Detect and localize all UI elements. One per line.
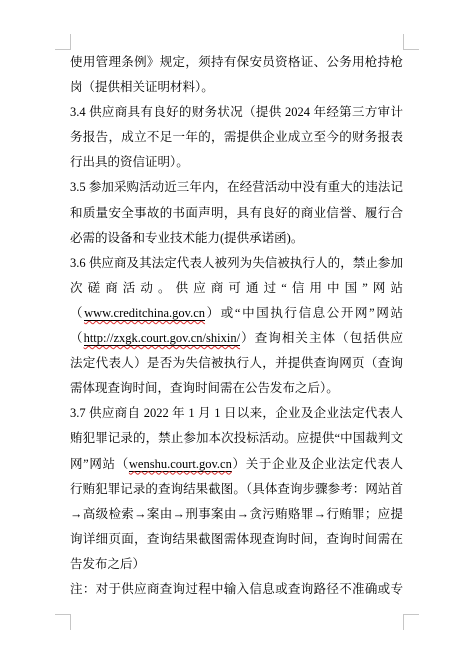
text-boundary-mark-bottom-left	[55, 614, 71, 630]
doc-line: 3.5 参加采购活动近三年内，在经营活动中没有重大的违法记录	[70, 175, 403, 200]
line-text: ）或“中国执行信息公开网”网站	[205, 306, 403, 320]
document-body: 使用管理条例》规定，须持有保安员资格证、公务用枪持枪证上 岗（提供相关证明材料）…	[70, 50, 403, 602]
doc-line: 询详细页面，查询结果截图需体现查询时间，查询时间需在本公	[70, 527, 403, 552]
doc-line: 行贿犯罪记录的查询结果截图。（具体查询步骤参考：网站首页	[70, 477, 403, 502]
doc-line: （www.creditchina.gov.cn）或“中国执行信息公开网”网站	[70, 301, 403, 326]
doc-line: 需体现查询时间，查询时间需在公告发布之后）。	[70, 376, 403, 401]
doc-line: 贿犯罪记录的，禁止参加本次投标活动。应提供“中国裁判文书	[70, 426, 403, 451]
zxgk-court-url-link[interactable]: http://zxgk.court.gov.cn/shixin/	[84, 331, 240, 346]
doc-line: 注：对于供应商查询过程中输入信息或查询路径不准确或专家对	[70, 577, 403, 602]
wenshu-court-url-link[interactable]: wenshu.court.gov.cn	[129, 457, 232, 472]
doc-line: 法定代表人）是否为失信被执行人，并提供查询网页（查询网页	[70, 351, 403, 376]
doc-line: 务报告，成立不足一年的，需提供企业成立至今的财务报表或银	[70, 125, 403, 150]
text-boundary-mark-bottom-right	[403, 614, 419, 630]
doc-line: 必需的设备和专业技术能力(提供承诺函)。	[70, 226, 403, 251]
doc-line: 网”网站（wenshu.court.gov.cn）关于企业及企业法定代表人有无	[70, 452, 403, 477]
doc-line: 行出具的资信证明）。	[70, 150, 403, 175]
doc-line: 次磋商活动。供应商可通过“信用中国”网站	[70, 276, 403, 301]
doc-line: 告发布之后）	[70, 552, 403, 577]
text-boundary-mark-top-left	[55, 34, 71, 50]
text-boundary-mark-top-right	[403, 34, 419, 50]
creditchina-url-link[interactable]: www.creditchina.gov.cn	[84, 306, 205, 321]
line-text: （	[70, 331, 84, 345]
doc-line: （http://zxgk.court.gov.cn/shixin/）查询相关主体…	[70, 326, 403, 351]
doc-line: 和质量安全事故的书面声明，具有良好的商业信誉、履行合同所	[70, 201, 403, 226]
line-text: 网”网站（	[70, 457, 129, 471]
line-text: （	[70, 306, 84, 320]
doc-line: →高级检索→案由→刑事案由→贪污贿赂罪→行贿罪；应提供查	[70, 502, 403, 527]
doc-line: 3.7 供应商自 2022 年 1 月 1 日以来，企业及企业法定代表人有行	[70, 401, 403, 426]
doc-line: 使用管理条例》规定，须持有保安员资格证、公务用枪持枪证上	[70, 50, 403, 75]
doc-line: 岗（提供相关证明材料）。	[70, 75, 403, 100]
doc-line: 3.6 供应商及其法定代表人被列为失信被执行人的，禁止参加本	[70, 251, 403, 276]
document-page: 使用管理条例》规定，须持有保安员资格证、公务用枪持枪证上 岗（提供相关证明材料）…	[0, 0, 473, 669]
doc-line: 3.4 供应商具有良好的财务状况（提供 2024 年经第三方审计的财	[70, 100, 403, 125]
